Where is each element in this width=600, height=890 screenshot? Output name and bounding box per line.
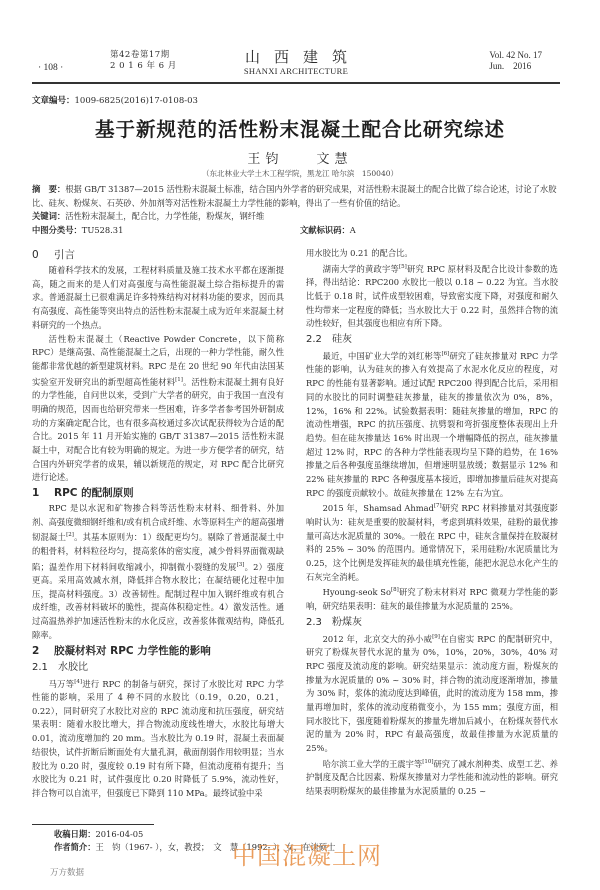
journal-name: 山西建筑 SHANXI ARCHITECTURE (32, 48, 560, 76)
header-divider (32, 82, 560, 84)
subsection-heading-2-1: 2.1水胶比 (32, 660, 284, 675)
paragraph: 2015 年，Shamsad Ahmad[7]研究 RPC 材料掺量对其强度影响… (306, 500, 558, 584)
section-heading-2: 2胶凝材料对 RPC 力学性能的影响 (32, 644, 284, 659)
citation[interactable]: [4] (74, 679, 82, 685)
citation[interactable]: [2] (66, 532, 74, 538)
paragraph: 2012 年，北京交大的孙小威[9]在自密实 RPC 的配制研究中，研究了粉煤灰… (306, 631, 558, 756)
citation[interactable]: [7] (434, 503, 442, 509)
keywords: 关键词：活性粉末混凝土，配合比，力学性能，粉煤灰，钢纤维 (32, 210, 568, 224)
article-number-label: 文章编号： (32, 96, 75, 106)
subsection-heading-2-3: 2.3粉煤灰 (306, 615, 558, 630)
doc-code-value: A (350, 225, 356, 235)
paragraph: RPC 是以水泥和矿物掺合料等活性粉末材料、细骨料、外加剂、高强度微细钢纤维和/… (32, 502, 284, 643)
citation[interactable]: [9] (432, 634, 440, 640)
abstract-label: 摘 要： (32, 184, 65, 194)
body-column-left: 0引言 随着科学技术的发展，工程材料质量及施工技术水平都在逐渐提高，随之而来的是… (32, 247, 284, 801)
paragraph: 哈尔滨工业大学的王震宇等[10]研究了减水剂种类、成型工艺、养护制度及配合比因素… (306, 756, 558, 799)
journal-name-cn: 山西建筑 (32, 48, 560, 66)
abstract: 摘 要：根据 GB/T 31387—2015 活性粉末混凝土标准，结合国内外学者… (32, 183, 568, 210)
citation[interactable]: [5] (399, 264, 407, 270)
wanfang-data-mark: 万方数据 (50, 866, 84, 878)
section-heading-1: 1RPC 的配制原则 (32, 486, 284, 501)
authors: 王钧 文慧 (0, 148, 600, 167)
volume-info-en: Vol. 42 No. 17 Jun. 2016 (489, 50, 542, 72)
clc-label: 中图分类号： (32, 225, 82, 235)
article-number: 文章编号：1009-6825(2016)17-0108-03 (32, 94, 198, 106)
doc-code: 文献标识码：A (300, 224, 356, 238)
abstract-text: 根据 GB/T 31387—2015 活性粉末混凝土标准，结合国内外学者的研究成… (32, 184, 557, 208)
clc-value: TU528.31 (82, 225, 124, 235)
abstract-block: 摘 要：根据 GB/T 31387—2015 活性粉末混凝土标准，结合国内外学者… (32, 183, 568, 237)
classification-row: 中图分类号：TU528.31 文献标识码：A (32, 224, 568, 238)
article-number-value: 1009-6825(2016)17-0108-03 (75, 96, 198, 106)
paragraph: 随着科学技术的发展，工程材料质量及施工技术水平都在逐渐提高，随之而来的是人们对高… (32, 264, 284, 333)
subsection-heading-2-2: 2.2硅灰 (306, 332, 558, 347)
keywords-label: 关键词： (32, 211, 65, 221)
watermark: 中国混凝土网 (232, 836, 382, 871)
section-heading-0: 0引言 (32, 248, 284, 263)
paragraph: 用水胶比为 0.21 的配合比。 (306, 247, 558, 261)
running-header: · 108 · 第42卷第17期 2 0 1 6 年 6 月 山西建筑 SHAN… (32, 48, 560, 80)
doc-code-label: 文献标识码： (300, 225, 350, 235)
affiliation: （东北林业大学土木工程学院，黑龙江 哈尔滨 150040） (0, 168, 600, 179)
paragraph: 马万等[4]进行 RPC 的制备与研究，探讨了水胶比对 RPC 力学性能的影响，… (32, 676, 284, 801)
citation[interactable]: [10] (422, 759, 433, 765)
paragraph: 活性粉末混凝土（Reactive Powder Concrete，以下简称 RP… (32, 333, 284, 486)
date-en: Jun. 2016 (489, 61, 542, 72)
paragraph: 最近，中国矿业大学的刘红彬等[6]研究了硅灰掺量对 RPC 力学性能的影响，认为… (306, 348, 558, 501)
paragraph: 湖南大学的黄政宇等[5]研究 RPC 原材料及配合比设计参数的选择，得出结论：R… (306, 261, 558, 331)
keywords-text: 活性粉末混凝土，配合比，力学性能，粉煤灰，钢纤维 (65, 211, 264, 221)
footnote-divider (32, 824, 154, 825)
body-column-right: 用水胶比为 0.21 的配合比。 湖南大学的黄政宇等[5]研究 RPC 原材料及… (306, 247, 558, 799)
citation[interactable]: [8] (391, 587, 399, 593)
paragraph: Hyoung-seok So[8]研究了粉末材料对 RPC 微观力学性能的影响，… (306, 584, 558, 613)
journal-name-en: SHANXI ARCHITECTURE (32, 66, 560, 76)
paper-title: 基于新规范的活性粉末混凝土配合比研究综述 (0, 114, 600, 142)
volume-en: Vol. 42 No. 17 (489, 50, 542, 61)
citation[interactable]: [1] (175, 377, 183, 383)
